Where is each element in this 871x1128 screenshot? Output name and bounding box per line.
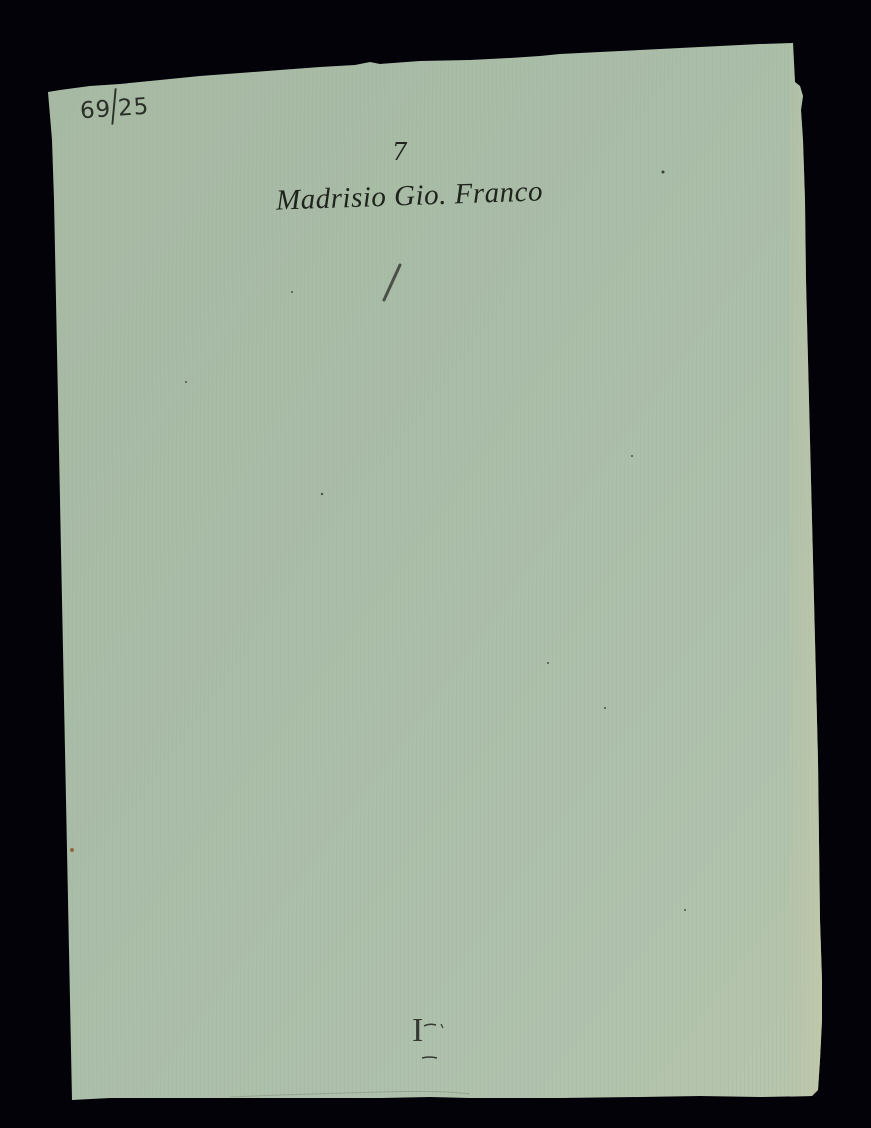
archive-number-left: 69 [79, 96, 112, 124]
item-number: 7 [392, 138, 407, 166]
paper-shape [0, 0, 871, 1128]
volume-mark-strokes [422, 1020, 446, 1062]
archive-number-right: 25 [117, 94, 150, 122]
archive-reference-number: 69/25 [79, 94, 150, 125]
paper-sheet [0, 0, 871, 1128]
scanned-page: 69/25 7 Madrisio Gio. Franco I [0, 0, 871, 1128]
pencil-stroke-mark [380, 262, 404, 304]
